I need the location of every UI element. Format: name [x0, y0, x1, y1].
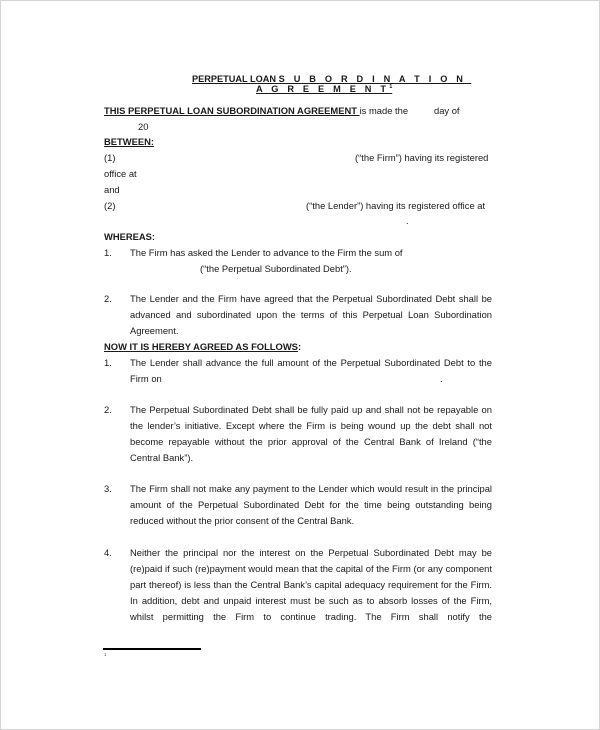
agreed-heading: NOW IT IS HEREBY AGREED AS FOLLOWS: [104, 341, 301, 353]
and-text: and [104, 184, 120, 196]
footnote-marker: 1 [104, 652, 107, 657]
intro-line: THIS PERPETUAL LOAN SUBORDINATION AGREEM… [104, 105, 408, 117]
whereas-1-text: The Firm has asked the Lender to advance… [130, 247, 403, 259]
clause-3-text: The Firm shall not make any payment to t… [130, 481, 492, 529]
party1-text: (“the Firm”) having its registered [355, 152, 488, 164]
party2-period: . [406, 215, 409, 227]
whereas-1-continued: (“the Perpetual Subordinated Debt”). [200, 263, 352, 275]
party2-text: (“the Lender”) having its registered off… [306, 200, 485, 212]
clause-1-text-line: The Lender shall advance the full amount… [130, 357, 492, 368]
clause-1-number: 1. [104, 357, 112, 369]
agreed-heading-text: NOW IT IS HEREBY AGREED AS FOLLOWS [104, 341, 298, 352]
title-line2-text: A G R E E M E N T [256, 84, 389, 94]
agreed-heading-colon: : [298, 341, 301, 352]
party1-number: (1) [104, 152, 115, 164]
whereas-2-number: 2. [104, 293, 112, 305]
clause-2-text: The Perpetual Subordinated Debt shall be… [130, 402, 492, 466]
party2-number: (2) [104, 200, 115, 212]
clause-4-text: Neither the principal nor the interest o… [130, 545, 492, 625]
clause-3-number: 3. [104, 483, 112, 495]
clause-1-text: The Lender shall advance the full amount… [130, 357, 492, 369]
clause-2-number: 2. [104, 404, 112, 416]
whereas-1-number: 1. [104, 247, 112, 259]
document-page: PERPETUAL LOAN S U B O R D I N A T I O N… [0, 0, 600, 730]
document-title-line2: A G R E E M E N T1 [256, 83, 392, 95]
footnote-separator [103, 648, 201, 650]
intro-year: 20 [138, 121, 148, 133]
clause-1-continued: Firm on [130, 373, 162, 385]
clause-1-period: . [440, 373, 443, 385]
intro-day-of: day of [434, 105, 460, 117]
clause-4-number: 4. [104, 547, 112, 559]
between-heading: BETWEEN: [104, 136, 154, 148]
intro-heading: THIS PERPETUAL LOAN SUBORDINATION AGREEM… [104, 105, 360, 116]
whereas-2-text: The Lender and the Firm have agreed that… [130, 291, 492, 339]
party1-continued: office at [104, 168, 137, 180]
title-footnote-ref: 1 [389, 84, 392, 90]
intro-rest: is made the [360, 105, 408, 116]
whereas-heading: WHEREAS: [104, 231, 155, 243]
